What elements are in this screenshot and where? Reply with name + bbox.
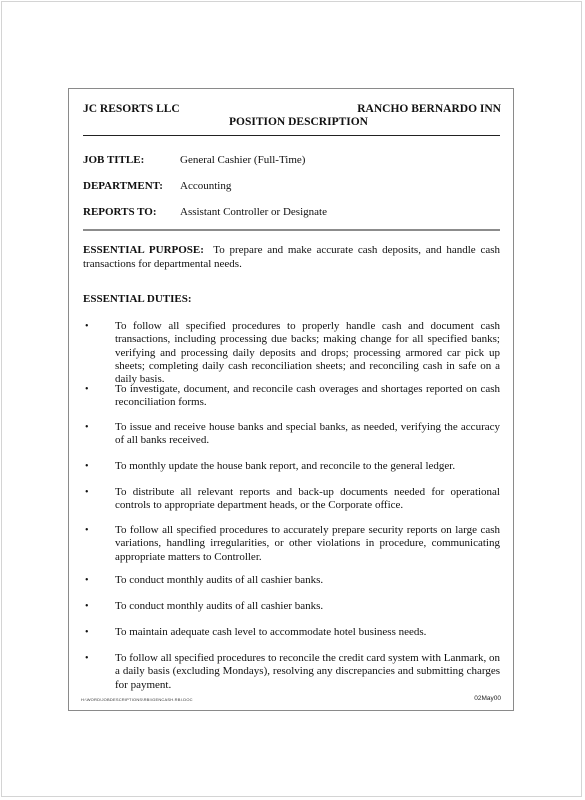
duty-text: To distribute all relevant reports and b… <box>115 486 500 513</box>
header-divider <box>83 135 500 136</box>
fields-divider <box>83 229 500 231</box>
bullet-icon: • <box>85 652 89 665</box>
duty-item: •To maintain adequate cash level to acco… <box>83 626 500 639</box>
duty-item: •To distribute all relevant reports and … <box>83 486 500 513</box>
bullet-icon: • <box>85 320 89 333</box>
footer-date: 02May00 <box>474 695 501 702</box>
bullet-icon: • <box>85 383 89 396</box>
bullet-icon: • <box>85 574 89 587</box>
duty-item: •To follow all specified procedures to a… <box>83 524 500 564</box>
reports-to-label: REPORTS TO: <box>83 206 156 218</box>
bullet-icon: • <box>85 524 89 537</box>
footer-file-path: H:\WORD\JOBDESCRIPTIONS\RBI\GENCASH.RBI.… <box>81 697 193 702</box>
bullet-icon: • <box>85 626 89 639</box>
duty-text: To follow all specified procedures to ac… <box>115 524 500 564</box>
duty-text: To investigate, document, and reconcile … <box>115 383 500 410</box>
duty-text: To follow all specified procedures to re… <box>115 652 500 692</box>
bullet-icon: • <box>85 460 89 473</box>
duty-item: •To conduct monthly audits of all cashie… <box>83 574 500 587</box>
duties-heading: ESSENTIAL DUTIES: <box>83 293 192 305</box>
duty-text: To conduct monthly audits of all cashier… <box>115 600 500 613</box>
duty-text: To follow all specified procedures to pr… <box>115 320 500 386</box>
duty-text: To monthly update the house bank report,… <box>115 460 500 473</box>
document-title: POSITION DESCRIPTION <box>229 116 368 128</box>
duty-text: To conduct monthly audits of all cashier… <box>115 574 500 587</box>
department-value: Accounting <box>180 180 231 192</box>
document-page: JC RESORTS LLC RANCHO BERNARDO INN POSIT… <box>68 88 514 711</box>
duty-text: To maintain adequate cash level to accom… <box>115 626 500 639</box>
duty-item: •To follow all specified procedures to p… <box>83 320 500 386</box>
job-title-value: General Cashier (Full-Time) <box>180 154 305 166</box>
purpose-label: ESSENTIAL PURPOSE: <box>83 244 204 256</box>
duty-item: •To conduct monthly audits of all cashie… <box>83 600 500 613</box>
company-name: JC RESORTS LLC <box>83 103 180 115</box>
property-name: RANCHO BERNARDO INN <box>357 103 501 115</box>
duty-text: To issue and receive house banks and spe… <box>115 421 500 448</box>
reports-to-value: Assistant Controller or Designate <box>180 206 327 218</box>
duty-item: •To follow all specified procedures to r… <box>83 652 500 692</box>
bullet-icon: • <box>85 421 89 434</box>
bullet-icon: • <box>85 486 89 499</box>
duty-item: •To investigate, document, and reconcile… <box>83 383 500 410</box>
bullet-icon: • <box>85 600 89 613</box>
essential-purpose: ESSENTIAL PURPOSE: To prepare and make a… <box>83 243 500 271</box>
duty-item: •To issue and receive house banks and sp… <box>83 421 500 448</box>
duty-item: •To monthly update the house bank report… <box>83 460 500 473</box>
department-label: DEPARTMENT: <box>83 180 163 192</box>
job-title-label: JOB TITLE: <box>83 154 144 166</box>
